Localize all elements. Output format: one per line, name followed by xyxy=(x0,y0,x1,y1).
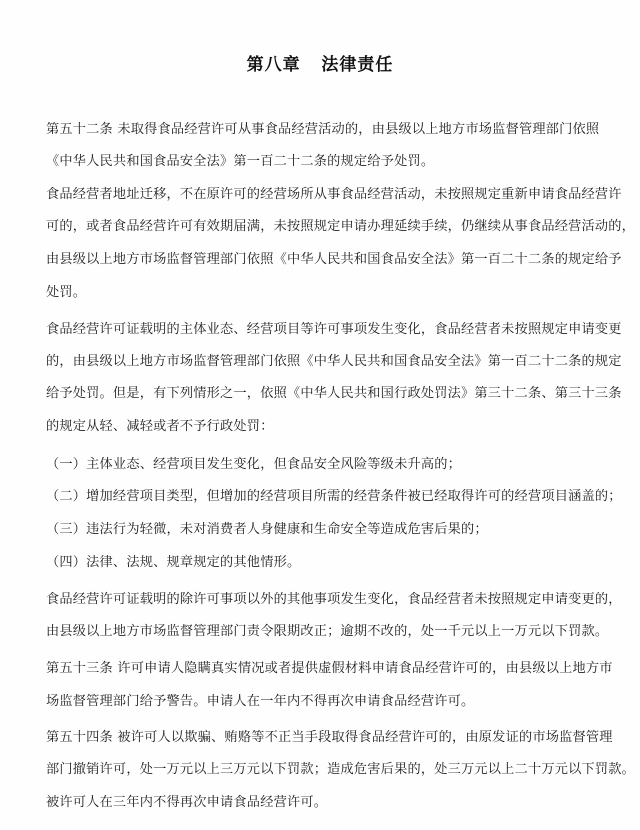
text-line: 《中华人民共和国食品安全法》第一百二十二条的规定给予处罚。 xyxy=(46,153,606,171)
text-line-article-53: 第五十三条 许可申请人隐瞒真实情况或者提供虚假材料申请食品经营许可的，由县级以上… xyxy=(46,660,606,678)
text-line: 食品经营许可证载明的除许可事项以外的其他事项发生变化，食品经营者未按照规定申请变… xyxy=(46,591,606,609)
document-page: 第八章 法律责任 第五十二条 未取得食品经营许可从事食品经营活动的，由县级以上地… xyxy=(0,0,640,830)
text-line: 食品经营者地址迁移，不在原许可的经营场所从事食品经营活动，未按照规定重新申请食品… xyxy=(46,186,606,204)
text-line: 的，由县级以上地方市场监督管理部门依照《中华人民共和国食品安全法》第一百二十二条… xyxy=(46,353,606,371)
list-item-1: （一）主体业态、经营项目发生变化，但食品安全风险等级未升高的； xyxy=(46,456,606,474)
text-line: 的规定从轻、减轻或者不予行政处罚： xyxy=(46,418,606,436)
text-line: 食品经营许可证载明的主体业态、经营项目等许可事项发生变化，食品经营者未按照规定申… xyxy=(46,321,606,339)
text-line: 给予处罚。但是，有下列情形之一，依照《中华人民共和国行政处罚法》第三十二条、第三… xyxy=(46,385,606,403)
text-line: 由县级以上地方市场监督管理部门依照《中华人民共和国食品安全法》第一百二十二条的规… xyxy=(46,251,606,269)
text-line: 场监督管理部门给予警告。申请人在一年内不得再次申请食品经营许可。 xyxy=(46,693,606,711)
list-item-4: （四）法律、法规、规章规定的其他情形。 xyxy=(46,554,606,572)
list-item-2: （二）增加经营项目类型，但增加的经营项目所需的经营条件被已经取得许可的经营项目涵… xyxy=(46,488,606,506)
text-line: 处罚。 xyxy=(46,284,606,302)
text-line-article-54: 第五十四条 被许可人以欺骗、贿赂等不正当手段取得食品经营许可的，由原发证的市场监… xyxy=(46,729,606,747)
list-item-3: （三）违法行为轻微，未对消费者人身健康和生命安全等造成危害后果的； xyxy=(46,521,606,539)
chapter-title: 第八章 法律责任 xyxy=(0,50,640,75)
text-line: 由县级以上地方市场监督管理部门责令限期改正；逾期不改的，处一千元以上一万元以下罚… xyxy=(46,623,606,641)
text-line: 可的，或者食品经营许可有效期届满，未按照规定申请办理延续手续，仍继续从事食品经营… xyxy=(46,218,606,236)
text-line-article-52: 第五十二条 未取得食品经营许可从事食品经营活动的，由县级以上地方市场监督管理部门… xyxy=(46,121,606,139)
text-line: 部门撤销许可，处一万元以上三万元以下罚款；造成危害后果的，处三万元以上二十万元以… xyxy=(46,761,606,779)
text-line: 被许可人在三年内不得再次申请食品经营许可。 xyxy=(46,794,606,812)
